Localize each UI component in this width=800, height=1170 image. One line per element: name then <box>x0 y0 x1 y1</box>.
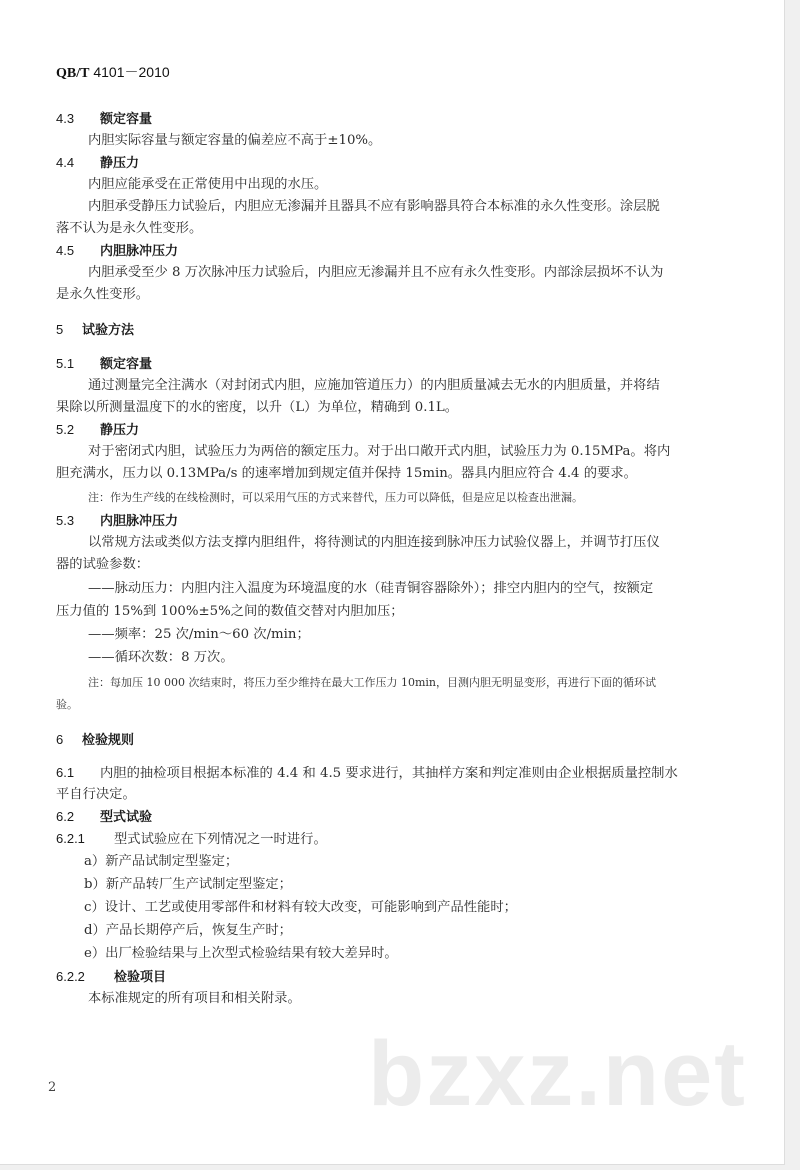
list-item-c: c）设计、工艺或使用零部件和材料有较大改变，可能影响到产品性能时； <box>84 899 517 917</box>
dash-item: ——脉动压力：内胆内注入温度为环境温度的水（硅青铜容器除外）；排空内胆内的空气，… <box>88 580 653 598</box>
section-heading-5-3: 5.3内胆脉冲压力 <box>56 512 178 531</box>
paragraph: 本标准规定的所有项目和相关附录。 <box>88 990 301 1008</box>
paragraph-continued: 落不认为是永久性变形。 <box>56 220 202 238</box>
section-heading-5-2: 5.2静压力 <box>56 421 139 440</box>
list-item-e: e）出厂检验结果与上次型式检验结果有较大差异时。 <box>84 945 398 963</box>
standard-number: 4101－2010 <box>93 64 169 80</box>
section-6-1: 6.1内胆的抽检项目根据本标准的 4.4 和 4.5 要求进行，其抽样方案和判定… <box>56 764 678 783</box>
document-page: QB/T 4101－2010 4.3额定容量 内胆实际容量与额定容量的偏差应不高… <box>0 0 785 1165</box>
note-continued: 验。 <box>56 696 78 714</box>
paragraph-continued: 胆充满水，压力以 0.13MPa/s 的速率增加到规定值并保持 15min。器具… <box>56 465 637 483</box>
dash-item: ——频率：25 次/min～60 次/min； <box>88 626 310 644</box>
paragraph: 通过测量完全注满水（对封闭式内胆，应施加管道压力）的内胆质量减去无水的内胆质量，… <box>88 377 660 395</box>
list-item-b: b）新产品转厂生产试制定型鉴定； <box>84 876 292 894</box>
page-number: 2 <box>48 1080 56 1095</box>
section-heading-4-4: 4.4静压力 <box>56 154 139 173</box>
dash-item: ——循环次数：8 万次。 <box>88 649 234 667</box>
paragraph: 内胆实际容量与额定容量的偏差应不高于±10%。 <box>88 132 381 150</box>
note: 注：作为生产线的在线检测时，可以采用气压的方式来替代，压力可以降低，但是应足以检… <box>88 489 583 507</box>
paragraph: 对于密闭式内胆，试验压力为两倍的额定压力。对于出口敞开式内胆，试验压力为 0.1… <box>88 443 670 461</box>
section-heading-6-2-2: 6.2.2检验项目 <box>56 968 166 987</box>
paragraph-continued: 果除以所测量温度下的水的密度，以升（L）为单位，精确到 0.1L。 <box>56 399 458 417</box>
note: 注：每加压 10 000 次结束时，将压力至少维持在最大工作压力 10min，目… <box>88 674 656 692</box>
standard-prefix: QB/T <box>56 66 89 81</box>
section-heading-6-2: 6.2型式试验 <box>56 808 152 827</box>
paragraph: 内胆承受静压力试验后，内胆应无渗漏并且器具不应有影响器具符合本标准的永久性变形。… <box>88 198 660 216</box>
paragraph: 内胆应能承受在正常使用中出现的水压。 <box>88 176 327 194</box>
section-6-2-1: 6.2.1型式试验应在下列情况之一时进行。 <box>56 830 327 849</box>
standard-code: QB/T 4101－2010 <box>56 62 170 82</box>
section-heading-4-5: 4.5内胆脉冲压力 <box>56 242 178 261</box>
paragraph-continued: 器的试验参数： <box>56 556 149 574</box>
section-heading-4-3: 4.3额定容量 <box>56 110 152 129</box>
paragraph: 内胆承受至少 8 万次脉冲压力试验后，内胆应无渗漏并且不应有永久性变形。内部涂层… <box>88 264 663 282</box>
section-heading-5-1: 5.1额定容量 <box>56 355 152 374</box>
chapter-heading-5: 5试验方法 <box>56 321 134 340</box>
watermark: bzxz.net <box>368 1022 747 1127</box>
paragraph-continued: 是永久性变形。 <box>56 286 149 304</box>
paragraph: 以常规方法或类似方法支撑内胆组件，将待测试的内胆连接到脉冲压力试验仪器上，并调节… <box>88 534 660 552</box>
paragraph-continued: 平自行决定。 <box>56 786 136 804</box>
dash-item-continued: 压力值的 15%到 100%±5%之间的数值交替对内胆加压； <box>56 603 404 621</box>
list-item-a: a）新产品试制定型鉴定； <box>84 853 238 871</box>
chapter-heading-6: 6检验规则 <box>56 731 134 750</box>
list-item-d: d）产品长期停产后，恢复生产时； <box>84 922 292 940</box>
